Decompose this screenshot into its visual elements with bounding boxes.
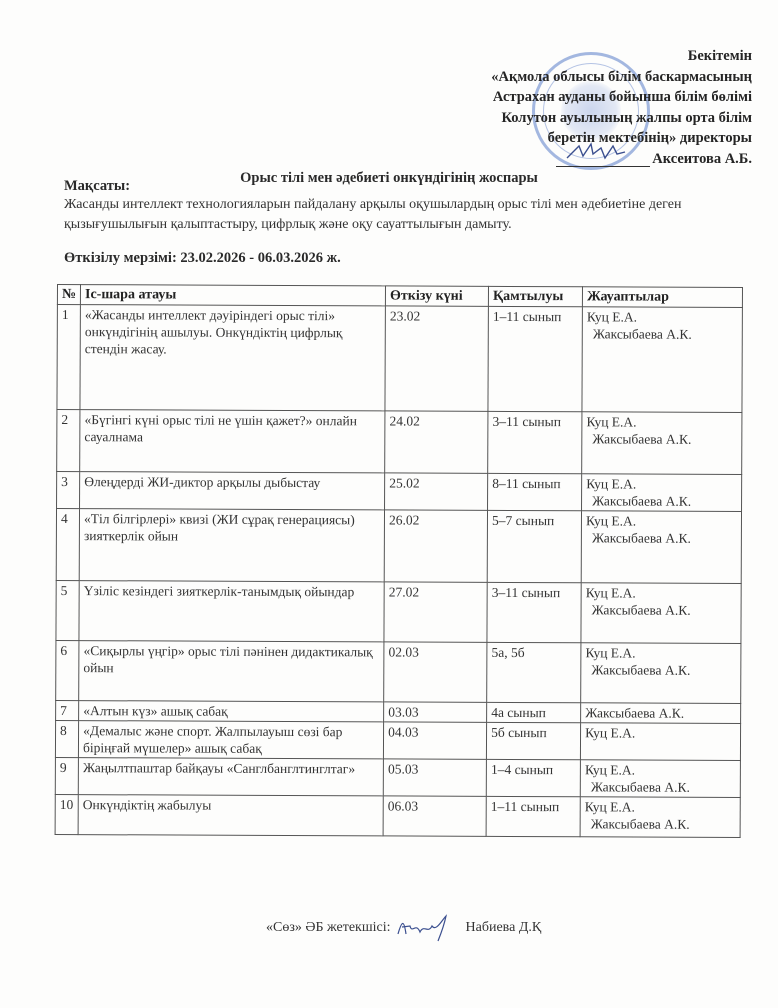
- event-coverage: 1–11 сынып: [486, 796, 580, 836]
- responsible-person: Жаксыбаева А.К.: [585, 704, 736, 722]
- event-responsible: Куц Е.А.Жаксыбаева А.К.: [580, 797, 740, 838]
- table-row: 2«Бүгінгі күні орыс тілі не үшін қажет?»…: [57, 410, 742, 475]
- event-responsible: Куц Е.А.Жаксыбаева А.К.: [582, 474, 742, 512]
- responsible-person: Жаксыбаева А.К.: [585, 815, 736, 833]
- event-coverage: 5б сынып: [487, 722, 581, 759]
- event-coverage: 4а сынып: [487, 702, 581, 722]
- row-number: 1: [57, 305, 81, 410]
- approval-line: Бекітемін: [491, 46, 752, 67]
- table-row: 8«Демалыс және спорт. Жалпылауыш сөзі ба…: [55, 720, 740, 760]
- footer-signature: «Сөз» ӘБ жетекшісі: Набиева Д.Қ: [266, 914, 541, 942]
- event-coverage: 1–4 сынып: [486, 759, 580, 796]
- event-coverage: 3–11 сынып: [487, 582, 581, 642]
- event-responsible: Куц Е.А.Жаксыбаева А.К.: [582, 412, 742, 475]
- table-row: 6«Сиқырлы үңгір» орыс тілі пәнінен дидак…: [56, 640, 741, 703]
- row-number: 7: [56, 700, 79, 720]
- responsible-person: Жаксыбаева А.К.: [585, 661, 736, 679]
- event-responsible: Куц Е.А.Жаксыбаева А.К.: [580, 760, 740, 798]
- event-responsible: Куц Е.А.Жаксыбаева А.К.: [581, 643, 741, 704]
- table-row: 4 «Тіл білгірлері» квизі (ЖИ сұрақ генер…: [56, 509, 741, 584]
- responsible-person: Куц Е.А.: [585, 761, 736, 779]
- plan-table-body: 1«Жасанды интеллект дәуіріндегі орыс тіл…: [55, 305, 742, 838]
- responsible-person: Жаксыбаева А.К.: [586, 492, 737, 510]
- table-row: 3Өлеңдерді ЖИ-диктор арқылы дыбыстау25.0…: [57, 472, 742, 512]
- event-name: «Тіл білгірлері» квизі (ЖИ сұрақ генерац…: [79, 509, 384, 582]
- table-row: 10Онкүндіктің жабылуы06.031–11 сыныпКуц …: [55, 794, 740, 837]
- row-number: 4: [56, 509, 79, 581]
- event-name: «Жасанды интеллект дәуіріндегі орыс тілі…: [80, 305, 385, 411]
- event-date: 02.03: [384, 642, 487, 702]
- event-date: 03.03: [384, 702, 487, 722]
- event-coverage: 1–11 сынып: [488, 306, 582, 411]
- footer-label: «Сөз» ӘБ жетекшісі:: [266, 920, 391, 935]
- event-name: «Демалыс және спорт. Жалпылауыш сөзі бар…: [79, 721, 384, 759]
- responsible-person: Куц Е.А.: [585, 798, 736, 816]
- event-responsible: Куц Е.А.Жаксыбаева А.К.: [581, 583, 741, 644]
- event-name: Онкүндіктің жабылуы: [78, 795, 383, 836]
- header-date: Өткізу күні: [385, 286, 488, 306]
- approval-line: Колутон ауылының жалпы орта білім: [491, 108, 752, 129]
- responsible-person: Куц Е.А.: [586, 413, 737, 431]
- event-name: Өлеңдерді ЖИ-диктор арқылы дыбыстау: [80, 472, 385, 510]
- responsible-person: Жаксыбаева А.К.: [586, 601, 737, 619]
- event-date: 25.02: [385, 473, 488, 510]
- event-responsible: Куц Е.А.Жаксыбаева А.К.: [581, 511, 741, 584]
- plan-table: № Іс-шара атауы Өткізу күні Қамтылуы Жау…: [55, 284, 743, 838]
- table-row: 9Жаңылтпаштар байқауы «Санглбанглтинглта…: [55, 757, 740, 797]
- approval-line: «Ақмола облысы білім баскармасының: [491, 67, 752, 88]
- header-responsible: Жауаптылар: [582, 287, 742, 308]
- responsible-person: Жаксыбаева А.К.: [585, 778, 736, 796]
- row-number: 3: [57, 472, 80, 509]
- event-coverage: 5а, 5б: [487, 642, 581, 702]
- event-date: 06.03: [383, 796, 486, 836]
- table-row: 5Үзіліс кезіндегі зияткерлік-танымдық ой…: [56, 580, 741, 643]
- goal-text: Жасанды интеллект технологияларын пайдал…: [64, 195, 754, 235]
- event-coverage: 3–11 сынып: [488, 411, 582, 473]
- responsible-person: Жаксыбаева А.К.: [586, 529, 737, 547]
- event-date: 27.02: [384, 582, 487, 642]
- event-responsible: Куц Е.А.: [581, 723, 741, 761]
- event-coverage: 8–11 сынып: [488, 473, 582, 510]
- row-number: 10: [55, 794, 78, 834]
- table-row: 1«Жасанды интеллект дәуіріндегі орыс тіл…: [57, 305, 742, 413]
- responsible-person: Жаксыбаева А.К.: [586, 430, 737, 448]
- responsible-person: Куц Е.А.: [585, 724, 736, 742]
- signature-line: [556, 166, 650, 167]
- leader-signature-icon: [394, 914, 462, 942]
- approval-line: Астрахан ауданы бойынша білім бөлімі: [491, 87, 752, 108]
- event-date: 05.03: [383, 759, 486, 796]
- period-text: Өткізілу мерзімі: 23.02.2026 - 06.03.202…: [64, 250, 341, 267]
- footer-name: Набиева Д.Қ: [466, 920, 542, 935]
- event-name: «Сиқырлы үңгір» орыс тілі пәнінен дидакт…: [79, 641, 384, 702]
- event-coverage: 5–7 сынып: [487, 510, 581, 582]
- goal-label: Мақсаты:: [64, 178, 130, 195]
- responsible-person: Куц Е.А.: [587, 308, 738, 326]
- director-signature-icon: [565, 140, 627, 162]
- header-event-name: Іс-шара атауы: [80, 285, 385, 306]
- event-date: 24.02: [385, 411, 488, 473]
- header-number: №: [57, 285, 80, 305]
- event-date: 23.02: [385, 306, 488, 411]
- responsible-person: Куц Е.А.: [586, 584, 737, 602]
- row-number: 5: [56, 580, 79, 640]
- event-name: «Бүгінгі күні орыс тілі не үшін қажет?» …: [80, 410, 385, 473]
- row-number: 8: [55, 720, 78, 757]
- event-name: «Алтын күз» ашық сабақ: [79, 701, 384, 722]
- event-date: 26.02: [384, 510, 487, 582]
- event-name: Үзіліс кезіндегі зияткерлік-танымдық ойы…: [79, 581, 384, 642]
- responsible-person: Куц Е.А.: [586, 512, 737, 530]
- responsible-person: Куц Е.А.: [586, 475, 737, 493]
- row-number: 9: [55, 757, 78, 794]
- row-number: 6: [56, 640, 79, 700]
- event-name: Жаңылтпаштар байқауы «Санглбанглтинглтаг…: [78, 758, 383, 796]
- event-responsible: Жаксыбаева А.К.: [581, 703, 741, 724]
- event-responsible: Куц Е.А.Жаксыбаева А.К.: [582, 307, 742, 413]
- responsible-person: Жаксыбаева А.К.: [587, 325, 738, 343]
- row-number: 2: [57, 410, 80, 472]
- event-date: 04.03: [384, 722, 487, 759]
- header-coverage: Қамтылуы: [488, 286, 582, 306]
- responsible-person: Куц Е.А.: [585, 644, 736, 662]
